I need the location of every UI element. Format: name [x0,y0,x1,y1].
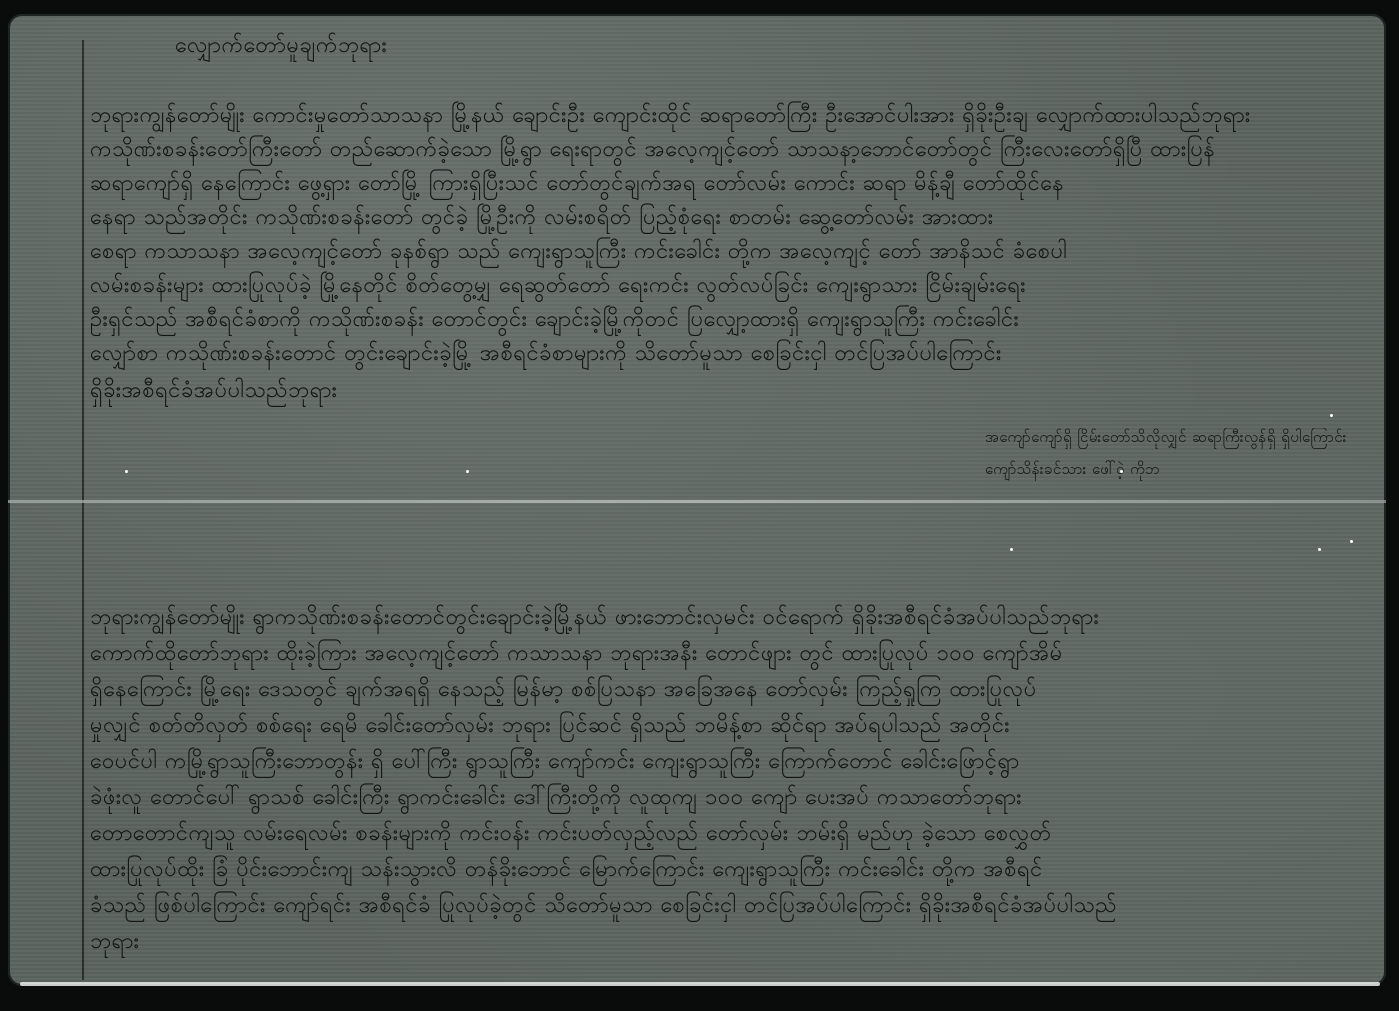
text-line: ကောက်ထိုတော်ဘုရား ထိုးခဲ့ကြား အလေ့ကျင့်တ… [90,638,1370,671]
document-heading: လျှောက်တော်မူချက်ဘုရား [175,30,387,63]
text-line: ဝေပင်ပါ ကမြို့ရွာသူကြီးဘောတွန်း ရှိ ပေါ်… [90,746,1370,779]
dust-speck [1010,548,1013,551]
text-line: ဆရာကျော်ရှိ နေကြောင်း ဖွေ့ရှား တော်မြို့… [90,168,1370,201]
text-line: တောတောင်ကျသူ လမ်းရေလမ်း စခန်းများကို ကင်… [90,818,1370,851]
dust-speck [125,470,128,473]
text-line: ဦးရှင်သည် အစီရင်ခံစာကို ကသိုဏ်းစခန်း တော… [90,304,1370,337]
dust-speck [1318,548,1321,551]
text-line: ဘုရား [90,926,290,959]
margin-rule [82,40,84,980]
text-line: ထားပြုလုပ်ထိုး ခြံ ပိုင်းဘောင်းကျ သန်းသွ… [90,854,1370,887]
text-line: ရှိခိုးအစီရင်ခံအပ်ပါသည်ဘုရား [90,375,690,408]
text-line: စေရာ ကသာသနာ အလေ့ကျင့်တော် ခုနစ်ရွာ သည် က… [90,236,1370,269]
text-line: လျှော်စာ ကသိုဏ်းစခန်းတောင် တွင်းချောင်းခ… [90,338,1370,371]
dust-speck [466,470,469,473]
text-line: နေရာ သည်အတိုင်း ကသိုဏ်းစခန်းတော် တွင်ခဲ့… [90,202,1370,235]
page-bottom-edge [20,982,1380,986]
text-line: ခဲဖုံးလူ တောင်ပေါ် ရွာသစ် ခေါင်းကြီး ရွာ… [90,782,1370,815]
dust-speck [1120,470,1123,473]
page-fold-crease [8,500,1386,503]
text-line: ဘုရားကျွန်တော်မျိုး ကောင်းမှုတော်သာသနာ မ… [90,100,1370,133]
text-line: ခံသည် ဖြစ်ပါကြောင်း ကျော်ရင်း အစီရင်ခံ ပ… [90,890,1370,923]
text-line: ဘုရားကျွန်တော်မျိုး ရွာကသိုဏ်းစခန်းတောင်… [90,602,1370,635]
text-line: ကသိုဏ်းစခန်းတော်ကြီးတော် တည်ဆောက်ခဲ့သော … [90,134,1370,167]
text-line: မှုလျှင် စတ်တိလှတ် စစ်ရေး ရေမိ ခေါင်းတော… [90,710,1370,743]
text-line: လမ်းစခန်းများ ထားပြုလုပ်ခဲ့ မြို့နေတိုင်… [90,270,1370,303]
dust-speck [1350,540,1353,543]
signature-line: အကျော်ကျော်ရှိ ငြိမ်းတော်သိလိုလျှင် ဆရာက… [985,428,1355,450]
text-line: ရှိနေကြောင်း မြို့ရေး ဒေသတွင် ချက်အရရှိ … [90,674,1370,707]
dust-speck [1330,414,1333,417]
signature-line: ကျော်သိန်းခင်သား ဖေါ်ဝဲ့ ကိုဘ [985,460,1235,482]
